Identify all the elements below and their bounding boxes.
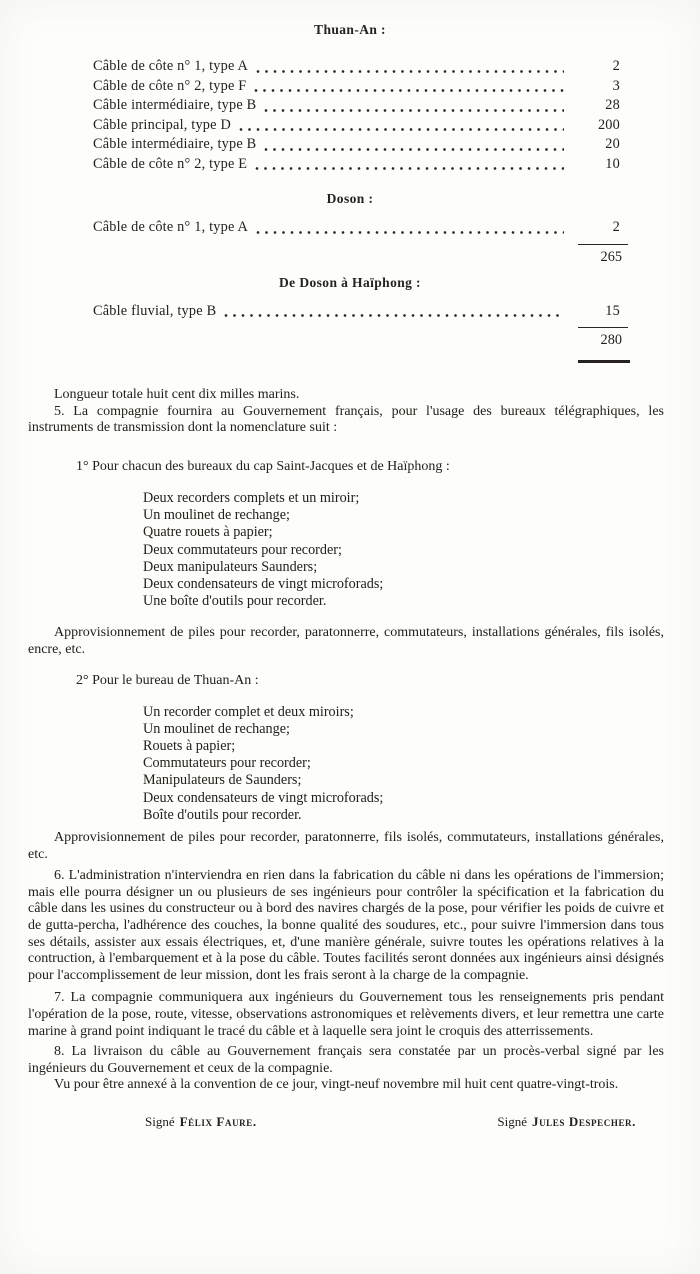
dot-leader [255,165,564,172]
dot-leader [264,107,564,114]
dot-leader [256,229,564,236]
total-value: 280 [0,331,622,350]
list-item: Boîte d'outils pour recorder. [143,807,664,824]
dot-leader [254,87,564,94]
paragraph-6: 6. L'administration n'interviendra en ri… [28,868,664,984]
cable-value: 200 [574,117,620,134]
list-item: Un recorder complet et deux miroirs; [143,704,664,721]
table-row: Câble de côte n° 2, type F 3 [93,78,620,98]
cable-value: 3 [574,78,620,95]
total-closing-rule [578,360,630,363]
cable-label: Câble de côte n° 2, type F [93,78,246,95]
list-item: Un moulinet de rechange; [143,721,664,738]
list-item: Quatre rouets à papier; [143,524,664,541]
signatures-row: SignéFélix Faure. SignéJules Despecher. [0,1114,700,1130]
signature-right: SignéJules Despecher. [497,1114,636,1130]
dot-leader [264,146,564,153]
cable-label: Câble intermédiaire, type B [93,136,256,153]
list-item: Deux condensateurs de vingt microforads; [143,790,664,807]
cable-label: Câble intermédiaire, type B [93,97,256,114]
dot-leader [256,68,564,75]
item-heading-2: 2° Pour le bureau de Thuan-An : [76,672,664,689]
paragraph-approvisionnement-2: Approvisionnement de piles pour recorder… [28,830,664,863]
cable-label: Câble fluvial, type B [93,303,216,320]
table-row: Câble intermédiaire, type B 28 [93,97,620,117]
list-item: Rouets à papier; [143,738,664,755]
paragraph-approvisionnement-1: Approvisionnement de piles pour recorder… [28,625,664,658]
table-row: Câble de côte n° 1, type A 2 [93,219,620,239]
list-item: Un moulinet de rechange; [143,507,664,524]
paragraph-5: 5. La compagnie fournira au Gouvernement… [28,404,664,437]
list-item: Manipulateurs de Saunders; [143,772,664,789]
cable-value: 2 [574,219,620,236]
cable-value: 20 [574,136,620,153]
table-row: Câble de côte n° 2, type E 10 [93,156,620,176]
signature-left: SignéFélix Faure. [145,1114,257,1130]
cable-value: 15 [574,303,620,320]
list-item: Commutateurs pour recorder; [143,755,664,772]
section-heading-thuan-an: Thuan-An : [0,22,700,38]
paragraph-longueur: Longueur totale huit cent dix milles mar… [28,387,664,404]
list-item: Une boîte d'outils pour recorder. [143,593,664,610]
table-row: Câble de côte n° 1, type A 2 [93,58,620,78]
cable-label: Câble de côte n° 1, type A [93,58,248,75]
list-item: Deux manipulateurs Saunders; [143,559,664,576]
signature-name-jules-despecher: Jules Despecher. [532,1114,636,1129]
list-item: Deux recorders complets et un miroir; [143,490,664,507]
instrument-list-thuan-an: Un recorder complet et deux miroirs; Un … [143,704,664,824]
cable-label: Câble de côte n° 1, type A [93,219,248,236]
item-heading-1: 1° Pour chacun des bureaux du cap Saint-… [76,458,664,475]
table-row: Câble fluvial, type B 15 [93,303,620,323]
cable-value: 28 [574,97,620,114]
cable-label: Câble principal, type D [93,117,231,134]
cable-table-doson: Câble de côte n° 1, type A 2 [93,219,620,239]
table-row: Câble principal, type D 200 [93,117,620,137]
paragraph-8: 8. La livraison du câble au Gouvernement… [28,1044,664,1077]
instrument-list-cap-haiphong: Deux recorders complets et un miroir; Un… [143,490,664,610]
list-item: Deux commutateurs pour recorder; [143,542,664,559]
body-text-block: Longueur totale huit cent dix milles mar… [28,387,664,1094]
cable-table-thuan-an: Câble de côte n° 1, type A 2 Câble de cô… [93,58,620,175]
section-heading-doson-haiphong: De Doson à Haïphong : [0,275,700,291]
signature-prefix: Signé [145,1114,175,1129]
subtotal-rule [578,244,628,245]
cable-label: Câble de côte n° 2, type E [93,156,247,173]
total-rule [578,327,628,328]
paragraph-7: 7. La compagnie communiquera aux ingénie… [28,990,664,1040]
cable-value: 10 [574,156,620,173]
paragraph-vu: Vu pour être annexé à la convention de c… [28,1077,664,1094]
table-row: Câble intermédiaire, type B 20 [93,136,620,156]
signature-prefix: Signé [497,1114,527,1129]
dot-leader [224,312,564,319]
cable-table-haiphong: Câble fluvial, type B 15 [93,303,620,323]
signature-name-felix-faure: Félix Faure. [180,1114,257,1129]
subtotal-value: 265 [0,248,622,267]
section-heading-doson: Doson : [0,191,700,207]
scanned-document-page: Thuan-An : Câble de côte n° 1, type A 2 … [0,0,700,1274]
cable-value: 2 [574,58,620,75]
list-item: Deux condensateurs de vingt microforads; [143,576,664,593]
dot-leader [239,126,564,133]
